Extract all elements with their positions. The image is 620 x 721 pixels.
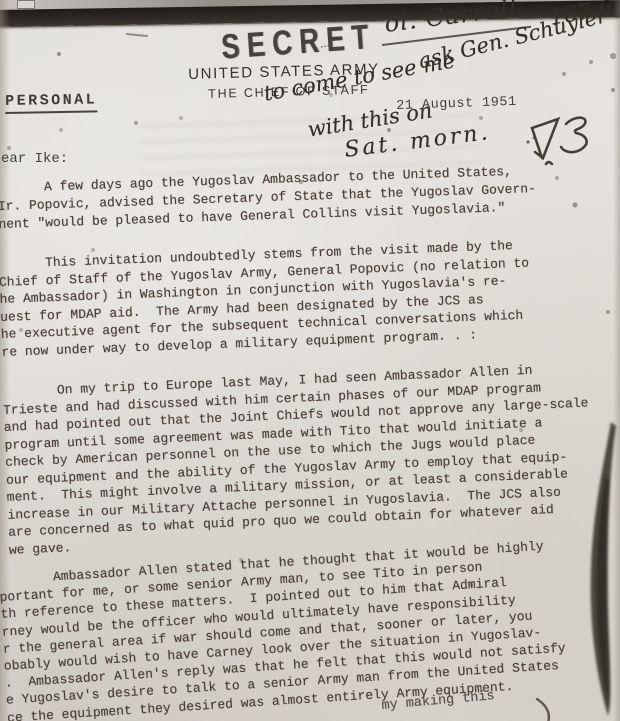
- stray-pen-stroke: [534, 698, 558, 721]
- scanned-letter-page: SECRET ⇢ UNITED STATES ARMY THE CHIEF OF…: [0, 0, 620, 721]
- stray-pen-dash: [126, 33, 148, 37]
- ink-smear: [575, 418, 620, 721]
- monogram-scribble: [526, 112, 608, 170]
- paragraph-2: This invitation undoubtedly stems from t…: [0, 232, 620, 361]
- personal-label: PERSONAL: [5, 91, 97, 114]
- scan-speckles: [0, 0, 2, 2]
- salutation: ear Ike:: [1, 151, 68, 167]
- scanner-edge-tab: [17, 0, 35, 9]
- secret-stamp: SECRET: [220, 17, 377, 67]
- paragraph-3: On my trip to Europe last May, I had see…: [2, 356, 620, 558]
- paragraph-4: Ambassador Allen stated that he thought …: [0, 531, 620, 721]
